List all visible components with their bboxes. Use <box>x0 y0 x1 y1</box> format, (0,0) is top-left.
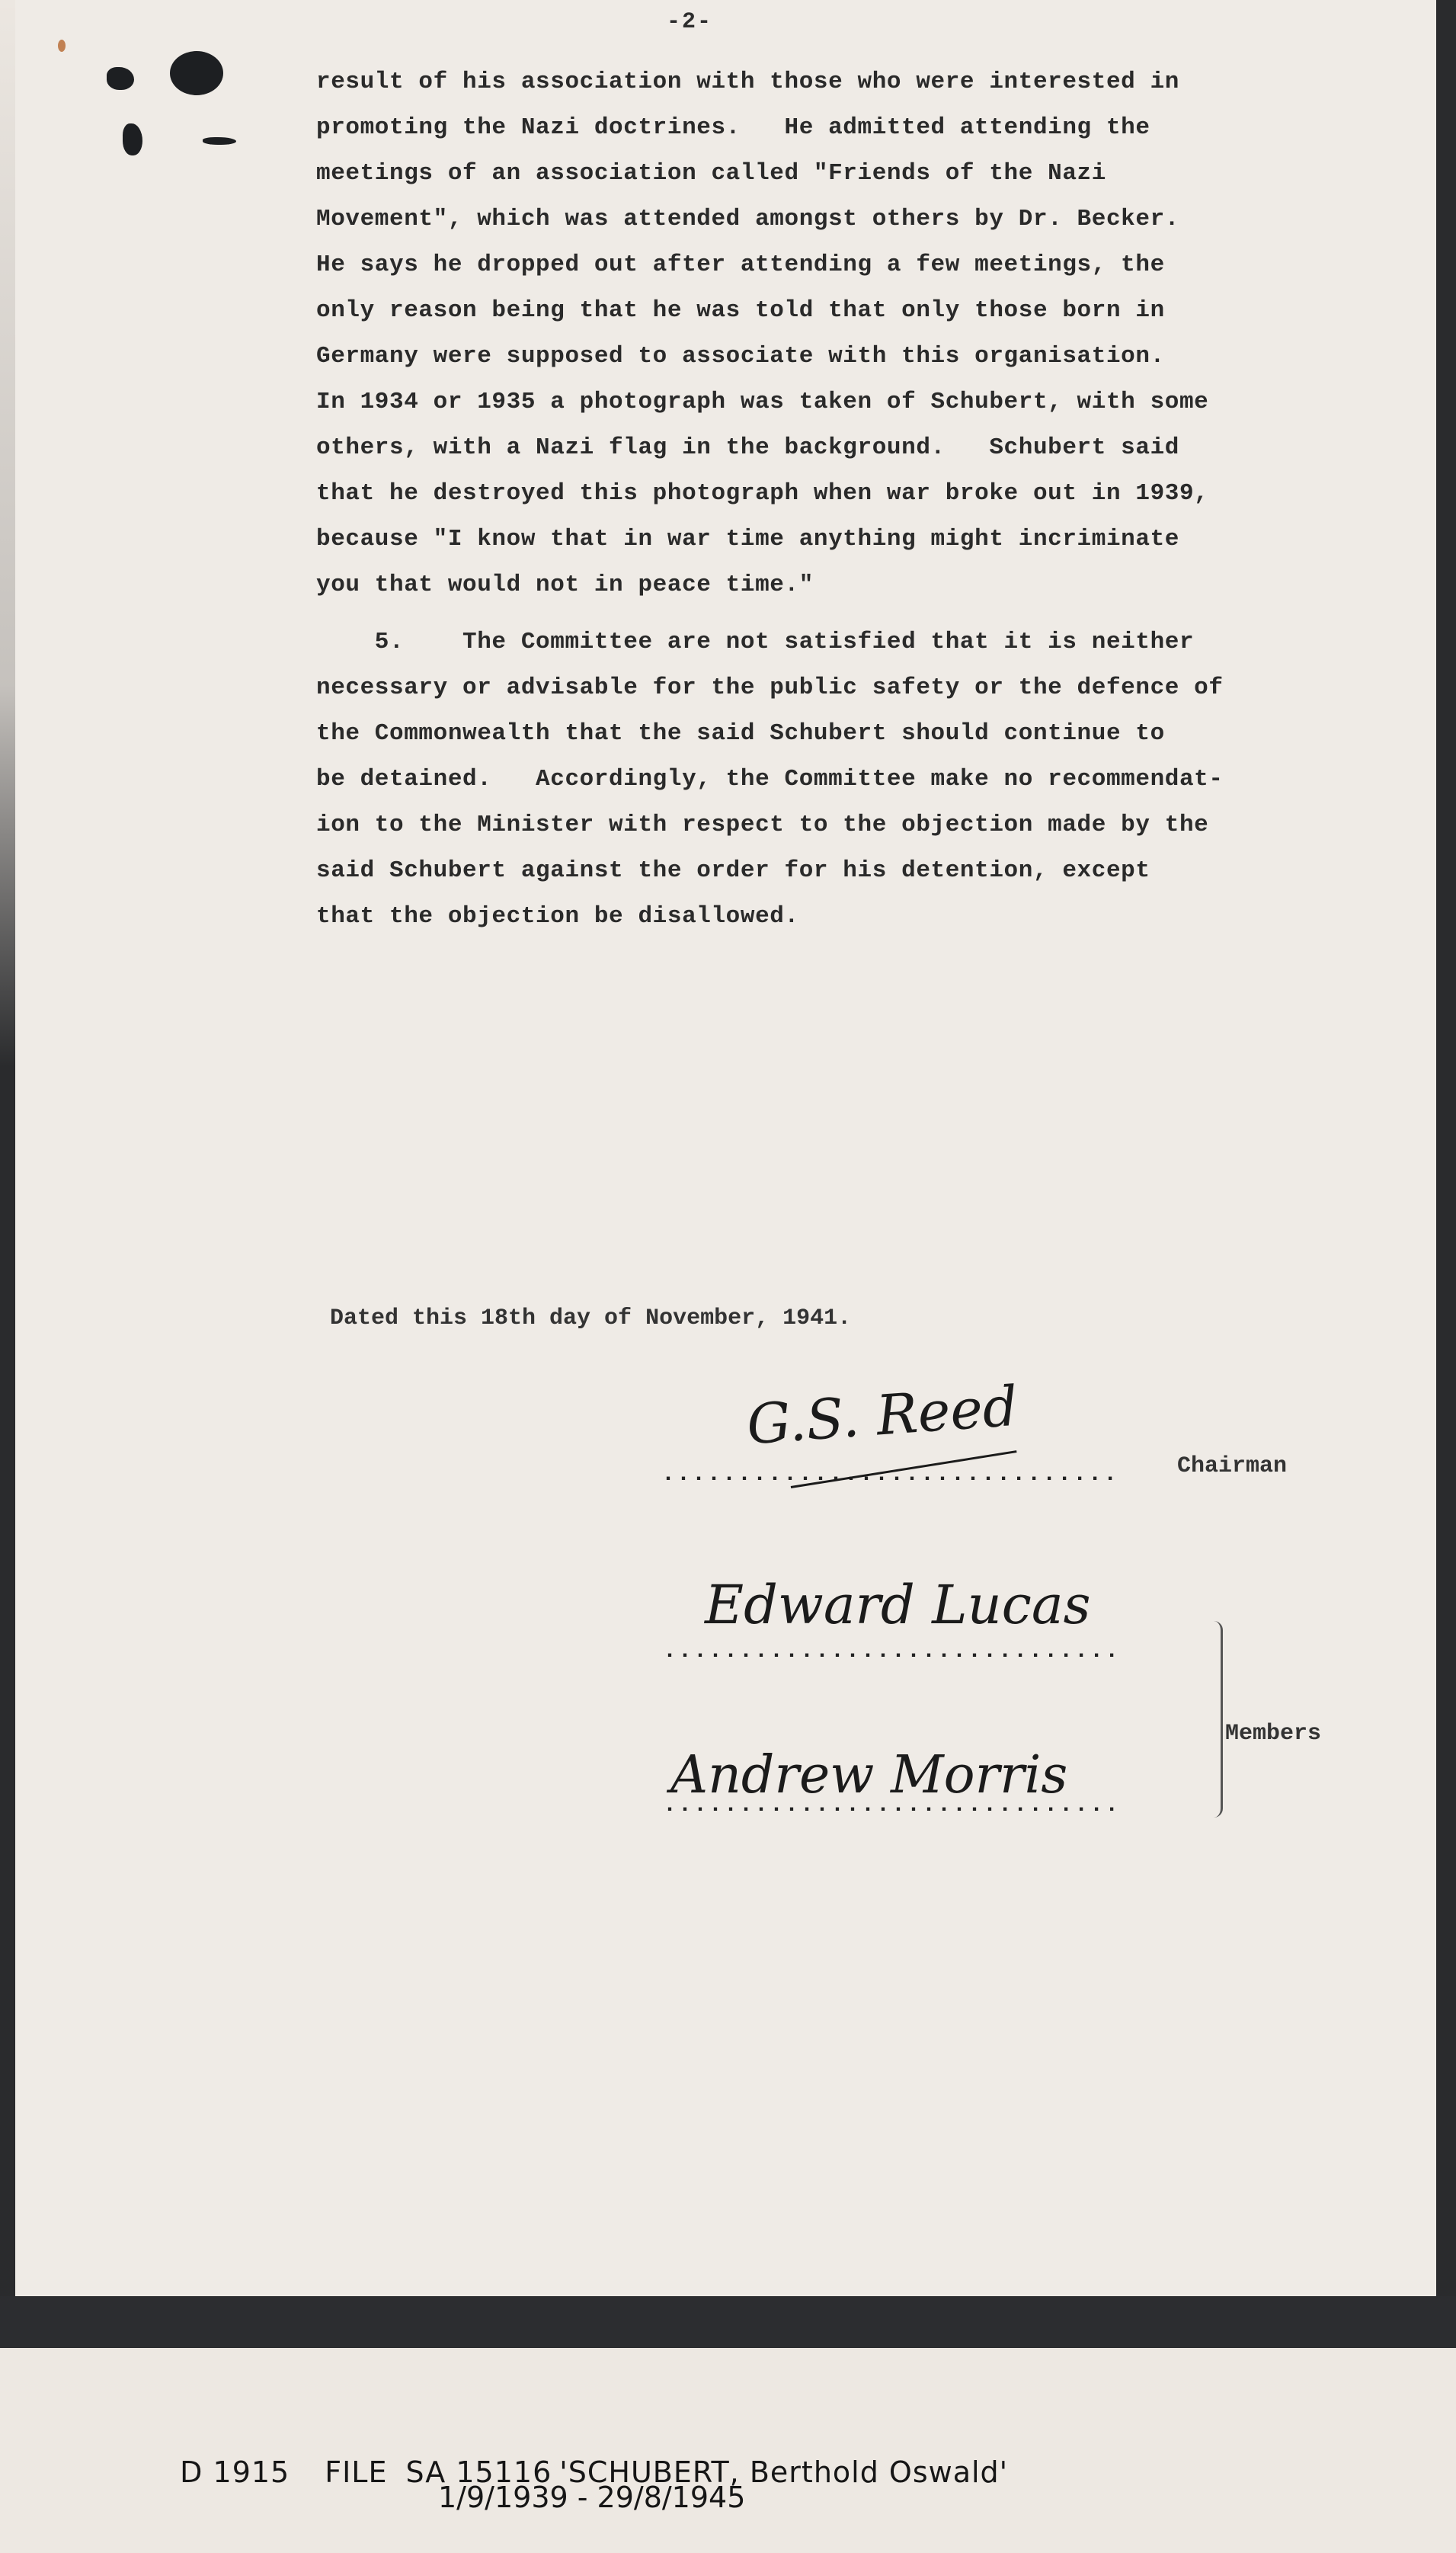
archive-file-prefix: FILE <box>325 2455 387 2489</box>
text-line: because "I know that in war time anythin… <box>316 517 1444 562</box>
text-line: Movement", which was attended amongst ot… <box>316 197 1444 242</box>
scan-backing-bottom <box>0 2296 1456 2348</box>
paragraph-continued: result of his association with those who… <box>316 59 1444 608</box>
chairman-signature: G.S. Reed <box>745 1374 1020 1457</box>
ink-blot <box>107 67 134 90</box>
members-bracket <box>1210 1621 1223 1818</box>
text-line: others, with a Nazi flag in the backgrou… <box>316 425 1444 471</box>
text-line: only reason being that he was told that … <box>316 288 1444 334</box>
chairman-label: Chairman <box>1177 1453 1287 1479</box>
text-line: result of his association with those who… <box>316 59 1444 105</box>
archive-date-range: 1/9/1939 - 29/8/1945 <box>438 2481 745 2514</box>
signature-line: .............................. <box>663 1638 1120 1664</box>
scan-backing-left <box>0 0 15 2347</box>
document-sheet: -2- result of his association with those… <box>15 0 1436 2296</box>
text-line: In 1934 or 1935 a photograph was taken o… <box>316 380 1444 425</box>
page-number: -2- <box>667 9 712 35</box>
text-line: necessary or advisable for the public sa… <box>316 665 1444 711</box>
text-line: be detained. Accordingly, the Committee … <box>316 757 1444 802</box>
archive-label: D 1915FILESA 15116'SCHUBERT, Berthold Os… <box>160 2422 1043 2489</box>
ink-blot <box>170 51 223 95</box>
body-text: result of his association with those who… <box>316 59 1444 940</box>
dated-line: Dated this 18th day of November, 1941. <box>330 1305 851 1331</box>
text-line: you that would not in peace time." <box>316 562 1444 608</box>
signature-line: .............................. <box>663 1792 1120 1818</box>
text-line: Germany were supposed to associate with … <box>316 334 1444 380</box>
text-line: meetings of an association called "Frien… <box>316 151 1444 197</box>
members-label: Members <box>1225 1721 1321 1747</box>
text-line: said Schubert against the order for his … <box>316 848 1444 894</box>
text-line: 5. The Committee are not satisfied that … <box>316 620 1444 665</box>
ink-blot <box>123 123 142 155</box>
ink-blot <box>203 137 236 145</box>
text-line: that he destroyed this photograph when w… <box>316 471 1444 517</box>
text-line: the Commonwealth that the said Schubert … <box>316 711 1444 757</box>
text-line: that the objection be disallowed. <box>316 894 1444 940</box>
signature-line: .............................. <box>661 1462 1118 1488</box>
archive-series: D 1915 <box>180 2455 290 2489</box>
text-line: He says he dropped out after attending a… <box>316 242 1444 288</box>
member-signature: Edward Lucas <box>705 1574 1091 1636</box>
paragraph-5: 5. The Committee are not satisfied that … <box>316 620 1444 940</box>
text-line: promoting the Nazi doctrines. He admitte… <box>316 105 1444 151</box>
text-line: ion to the Minister with respect to the … <box>316 802 1444 848</box>
rust-spot <box>58 40 66 52</box>
